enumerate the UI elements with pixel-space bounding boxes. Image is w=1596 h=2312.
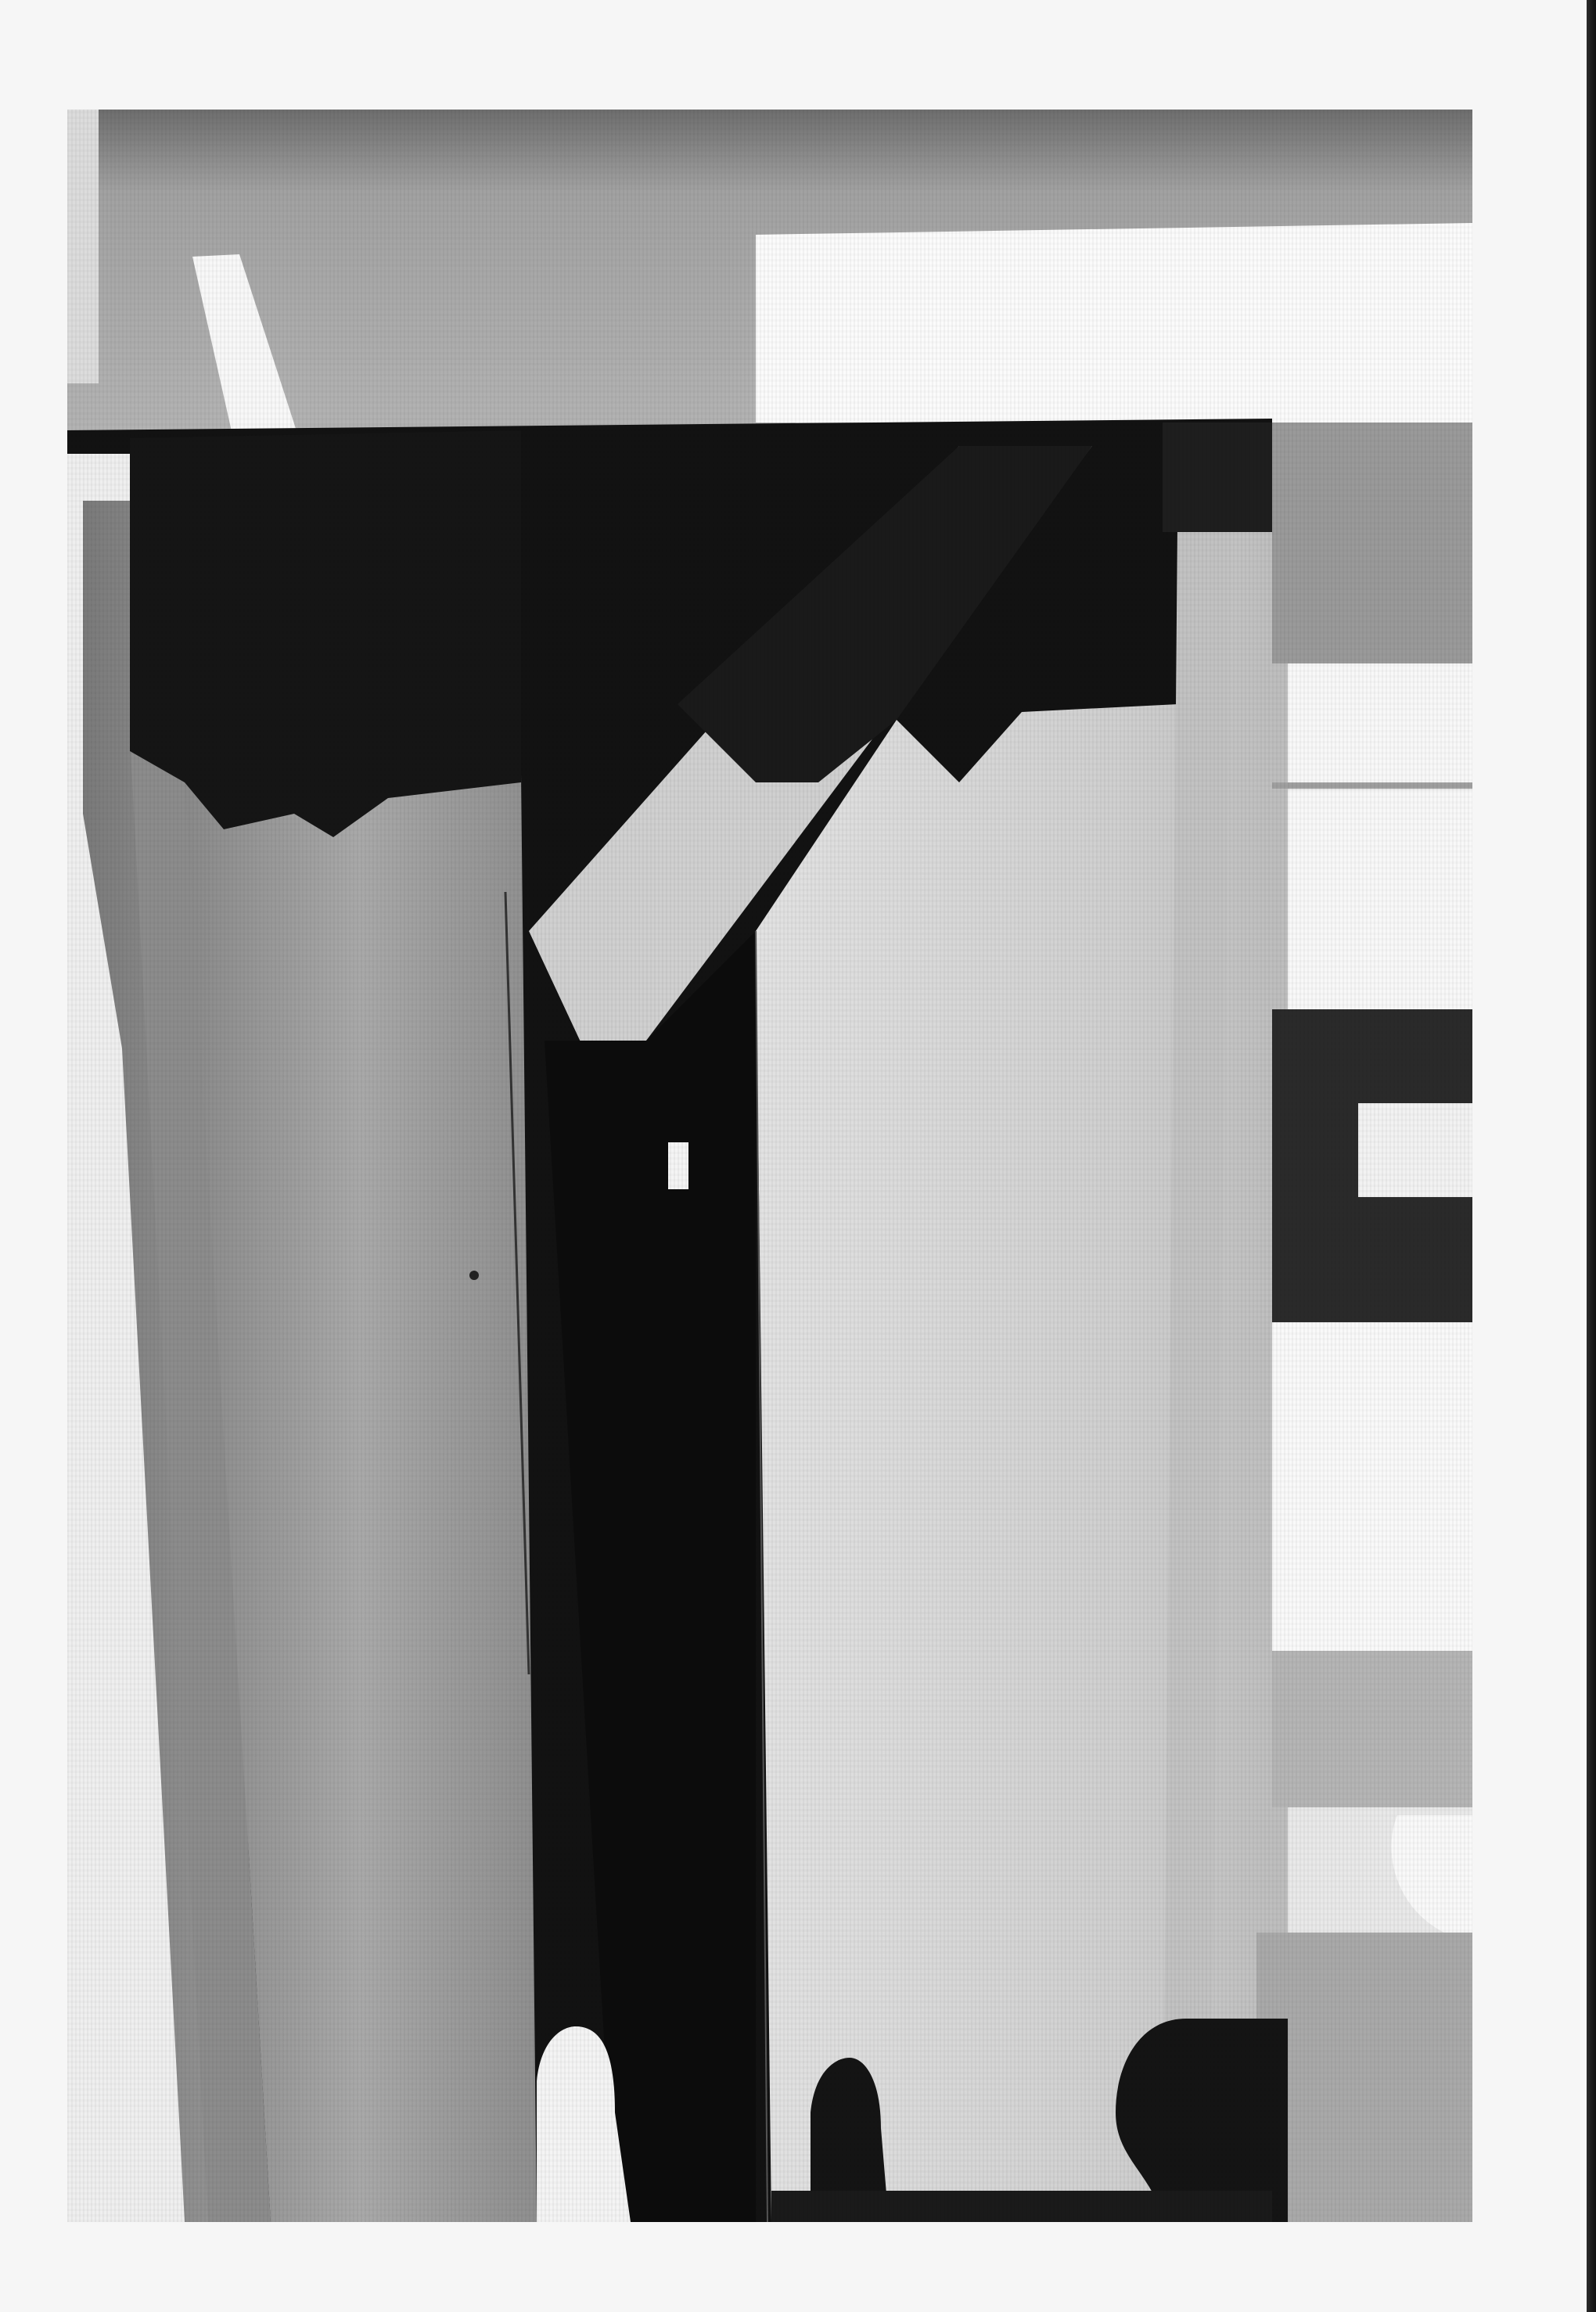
sunlit-wall-patch (756, 223, 1472, 422)
siding-lower-light (1272, 1322, 1472, 1651)
siding-line-1 (1272, 657, 1472, 663)
siding-bottom-gray (1256, 1933, 1472, 2222)
left-light-panel (67, 110, 99, 383)
photo-scene (67, 110, 1472, 2222)
siding-board-3 (1288, 900, 1472, 1009)
siding-upper-gray (1272, 422, 1472, 657)
siding-board-1 (1288, 657, 1472, 782)
photograph (67, 110, 1472, 2222)
gap-light-spot (668, 1142, 688, 1189)
siding-board-2 (1288, 790, 1472, 900)
siding-lower-gray (1272, 1651, 1472, 1807)
siding-line-2 (1272, 782, 1472, 789)
scanner-edge (1587, 0, 1596, 2312)
post-shadow (130, 430, 521, 837)
nail-hole (469, 1271, 479, 1280)
siding-lower-highlight (1392, 1815, 1473, 1933)
siding-light-stripe (1358, 1103, 1472, 1197)
shadow-base-line (771, 2191, 1272, 2222)
right-dark-cap (1163, 422, 1272, 532)
